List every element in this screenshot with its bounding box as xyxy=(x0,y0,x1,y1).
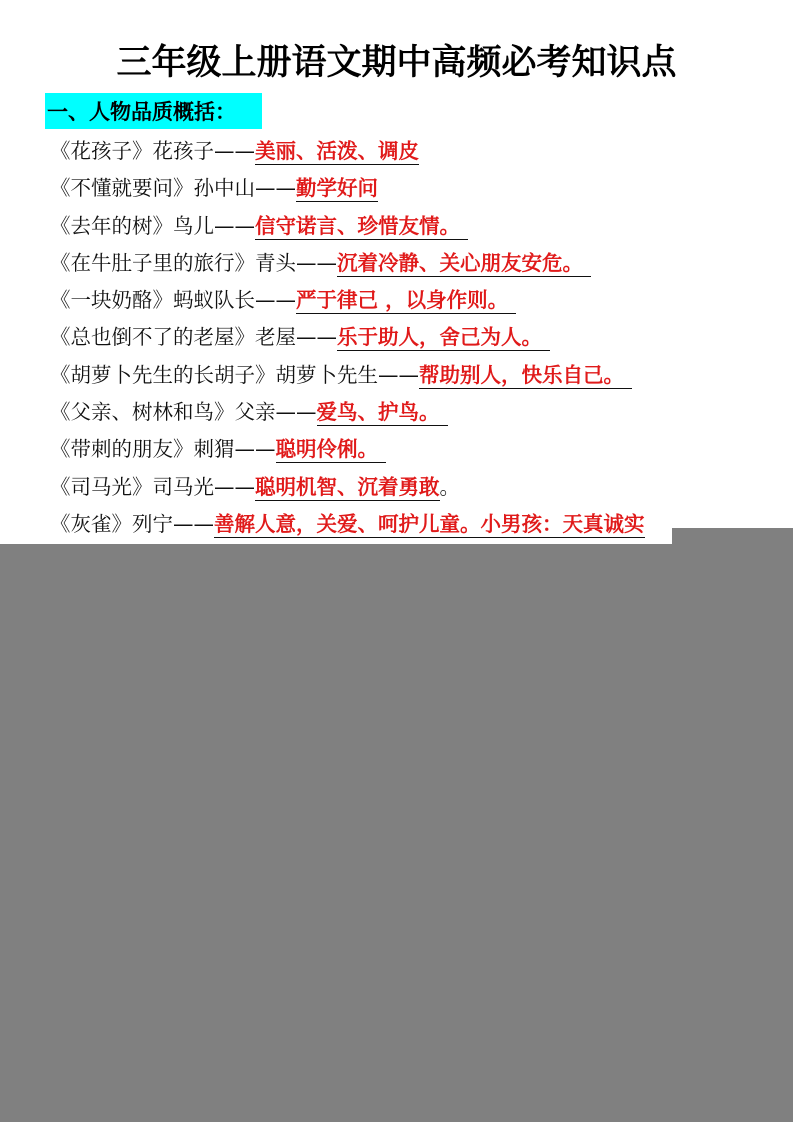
list-item: 《花孩子》花孩子——美丽、活泼、调皮 xyxy=(50,133,645,170)
item-answer: 信守诺言、珍惜友情。 xyxy=(255,214,468,240)
list-item: 《带刺的朋友》刺猬——聪明伶俐。 xyxy=(50,431,645,468)
document-title: 三年级上册语文期中高频必考知识点 xyxy=(0,38,793,88)
redaction-overlay xyxy=(0,544,793,1122)
item-answer: 勤学好问 xyxy=(296,176,378,202)
item-prefix: 《不懂就要问》孙中山—— xyxy=(50,176,296,200)
item-answer: 帮助别人，快乐自己。 xyxy=(419,363,632,389)
item-answer: 乐于助人，舍己为人。 xyxy=(337,325,550,351)
item-prefix: 《一块奶酪》蚂蚁队长—— xyxy=(50,288,296,312)
item-prefix: 《司马光》司马光—— xyxy=(50,475,255,499)
list-item: 《在牛肚子里的旅行》青头——沉着冷静、关心朋友安危。 xyxy=(50,245,645,282)
item-answer: 善解人意，关爱、呵护儿童。小男孩：天真诚实 xyxy=(214,512,645,538)
list-item: 《司马光》司马光——聪明机智、沉着勇敢。 xyxy=(50,469,645,506)
item-answer: 沉着冷静、关心朋友安危。 xyxy=(337,251,591,277)
item-prefix: 《总也倒不了的老屋》老屋—— xyxy=(50,325,337,349)
list-item: 《胡萝卜先生的长胡子》胡萝卜先生——帮助别人，快乐自己。 xyxy=(50,357,645,394)
item-prefix: 《花孩子》花孩子—— xyxy=(50,139,255,163)
item-answer: 聪明机智、沉着勇敢 xyxy=(255,475,440,501)
list-item: 《灰雀》列宁——善解人意，关爱、呵护儿童。小男孩：天真诚实 xyxy=(50,506,645,543)
redaction-overlay-notch xyxy=(672,528,793,545)
list-item: 《父亲、树林和鸟》父亲——爱鸟、护鸟。 xyxy=(50,394,645,431)
item-prefix: 《去年的树》鸟儿—— xyxy=(50,214,255,238)
item-prefix: 《带刺的朋友》刺猬—— xyxy=(50,437,276,461)
item-answer: 严于律己 ，以身作则。 xyxy=(296,288,516,314)
list-item: 《不懂就要问》孙中山——勤学好问 xyxy=(50,170,645,207)
list-item: 《总也倒不了的老屋》老屋——乐于助人，舍己为人。 xyxy=(50,319,645,356)
item-prefix: 《在牛肚子里的旅行》青头—— xyxy=(50,251,337,275)
item-answer: 聪明伶俐。 xyxy=(276,437,387,463)
item-prefix: 《父亲、树林和鸟》父亲—— xyxy=(50,400,317,424)
item-answer: 美丽、活泼、调皮 xyxy=(255,139,419,165)
character-traits-list: 《花孩子》花孩子——美丽、活泼、调皮 《不懂就要问》孙中山——勤学好问 《去年的… xyxy=(50,133,645,543)
section-heading-character-traits: 一、人物品质概括： xyxy=(45,93,262,129)
list-item: 《一块奶酪》蚂蚁队长——严于律己 ，以身作则。 xyxy=(50,282,645,319)
item-prefix: 《胡萝卜先生的长胡子》胡萝卜先生—— xyxy=(50,363,419,387)
item-trail: 。 xyxy=(440,475,461,499)
item-prefix: 《灰雀》列宁—— xyxy=(50,512,214,536)
item-answer: 爱鸟、护鸟。 xyxy=(317,400,448,426)
list-item: 《去年的树》鸟儿——信守诺言、珍惜友情。 xyxy=(50,208,645,245)
